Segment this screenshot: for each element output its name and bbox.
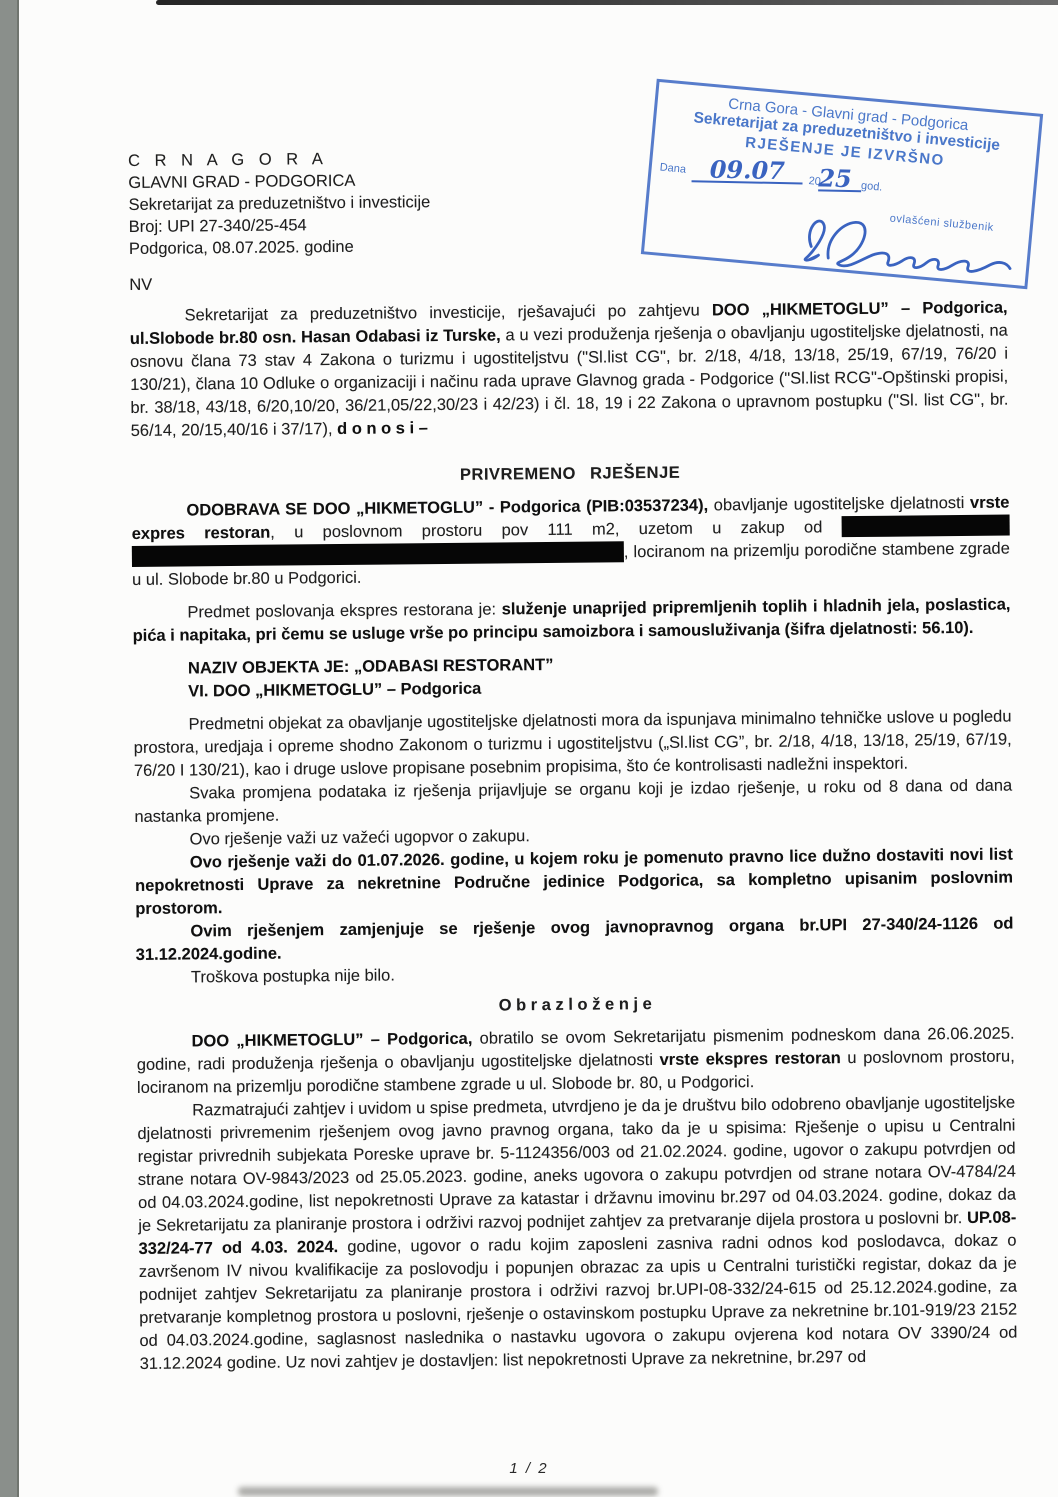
paragraph-podnesak: DOO „HIKMETOGLU” – Podgorica, obratilo s… <box>136 1023 1015 1100</box>
document-blocks: Sekretarijat za preduzetništvo investici… <box>129 297 1017 1376</box>
text-segment: d o n o s i – <box>337 419 428 438</box>
heading-obrazlozenje: O b r a z l o ž e n j e <box>136 990 1014 1021</box>
text-segment: obavljanje ugostiteljske djelatnosti <box>708 494 970 515</box>
text-segment: DOO „HIKMETOGLU” – Podgorica, <box>191 1030 472 1051</box>
stamp-handwritten-year: 25 <box>818 167 862 192</box>
text-segment: Sekretarijat za preduzetništvo investici… <box>185 301 712 324</box>
text-segment: , u poslovnom prostoru pov 111 m2, uzeto… <box>270 518 842 541</box>
paragraph-vaznost: Ovo rješenje važi do 01.07.2026. godine,… <box>135 844 1014 921</box>
text-segment: NAZIV OBJEKTA JE: „ODABASI RESTORANT” <box>188 656 554 678</box>
paragraph-spisi-predmeta: Razmatrajući zahtjev i uvidom u spise pr… <box>137 1092 1018 1376</box>
scanned-document-page: C R N A G O R A GLAVNI GRAD - PODGORICA … <box>0 0 1058 1497</box>
text-segment: Predmet poslovanja ekspres restorana je: <box>187 600 501 621</box>
redaction-bar <box>842 515 1010 538</box>
page-number: 1 / 2 <box>0 1460 1058 1477</box>
text-segment: Razmatrajući zahtjev i uvidom u spise pr… <box>137 1094 1016 1235</box>
text-segment: VI. DOO „HIKMETOGLU” – Podgorica <box>188 680 481 701</box>
text-segment: Ovo rješenje važi do 01.07.2026. godine,… <box>135 846 1013 918</box>
executive-stamp: Crna Gora - Glavni grad - Podgorica Sekr… <box>641 79 1043 289</box>
stamp-year-suffix: god. <box>860 180 883 196</box>
paragraph-minimalni-uslovi: Predmetni objekat za obavljanje ugostite… <box>133 706 1012 783</box>
redaction-bar <box>132 541 624 567</box>
scan-left-edge-artifact <box>0 0 19 1497</box>
document-content: C R N A G O R A GLAVNI GRAD - PODGORICA … <box>128 142 1018 1376</box>
text-segment: Ovim rješenjem zamjenjuje se rješenje ov… <box>136 915 1014 964</box>
text-segment: Svaka promjena podataka iz rješenja prij… <box>134 777 1012 826</box>
stamp-handwritten-date: 09.07 <box>692 158 804 184</box>
text-segment: Troškova postupka nije bilo. <box>191 966 395 986</box>
text-segment: Predmetni objekat za obavljanje ugostite… <box>134 708 1012 780</box>
paragraph-predmet-poslovanja: Predmet poslovanja ekspres restorana je:… <box>132 594 1010 648</box>
scan-bottom-edge-artifact <box>238 1487 658 1496</box>
text-segment: vrste ekspres restoran <box>660 1049 841 1069</box>
stamp-date-label: Dana <box>659 161 686 177</box>
scan-top-edge-artifact <box>156 0 1058 5</box>
text-segment: ODOBRAVA SE DOO „HIKMETOGLU” - Podgorica… <box>186 496 708 519</box>
paragraph-odobrava: ODOBRAVA SE DOO „HIKMETOGLU” - Podgorica… <box>131 492 1010 592</box>
paragraph-preamble: Sekretarijat za preduzetništvo investici… <box>129 297 1008 443</box>
text-segment: Ovo rješenje važi uz važeći ugopvor o za… <box>190 827 530 848</box>
heading-privremeno-rjesenje: PRIVREMENO RJEŠENJE <box>131 459 1009 490</box>
